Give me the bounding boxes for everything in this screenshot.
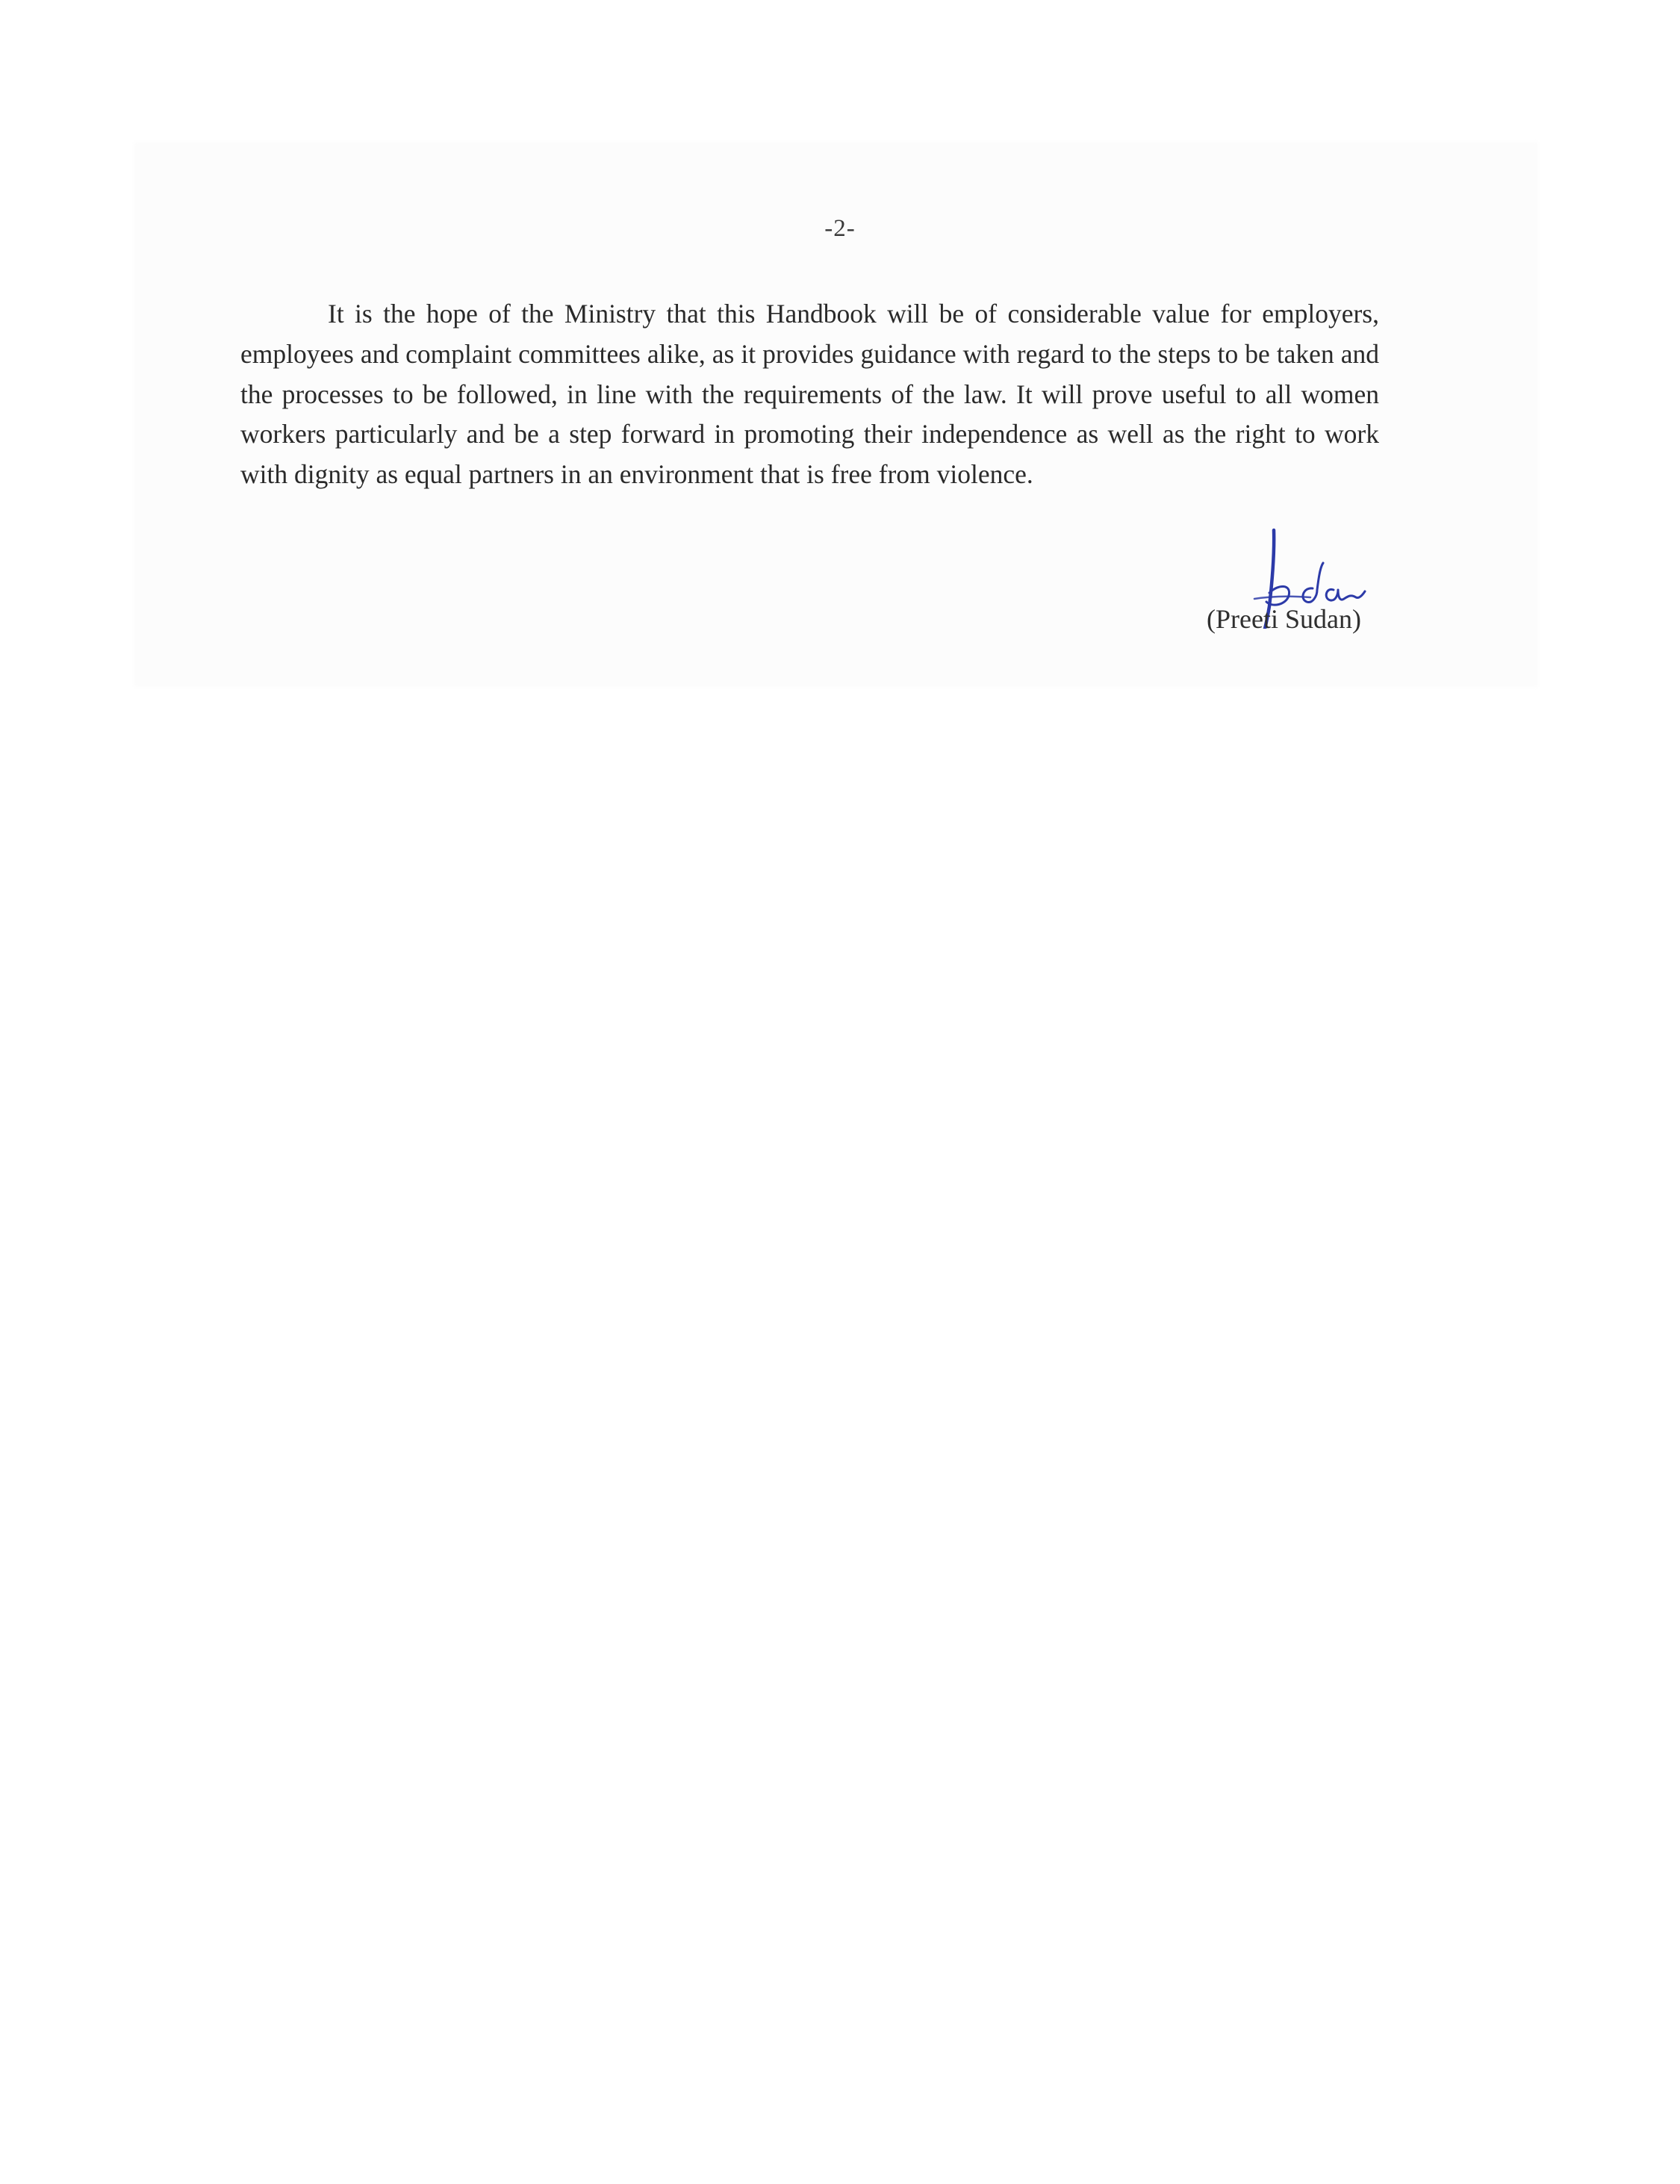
body-paragraph: It is the hope of the Ministry that this… (240, 294, 1379, 495)
page-number: -2- (0, 215, 1680, 243)
document-page: -2- It is the hope of the Ministry that … (0, 0, 1680, 2184)
signatory-name: (Preeti Sudan) (1207, 603, 1361, 635)
